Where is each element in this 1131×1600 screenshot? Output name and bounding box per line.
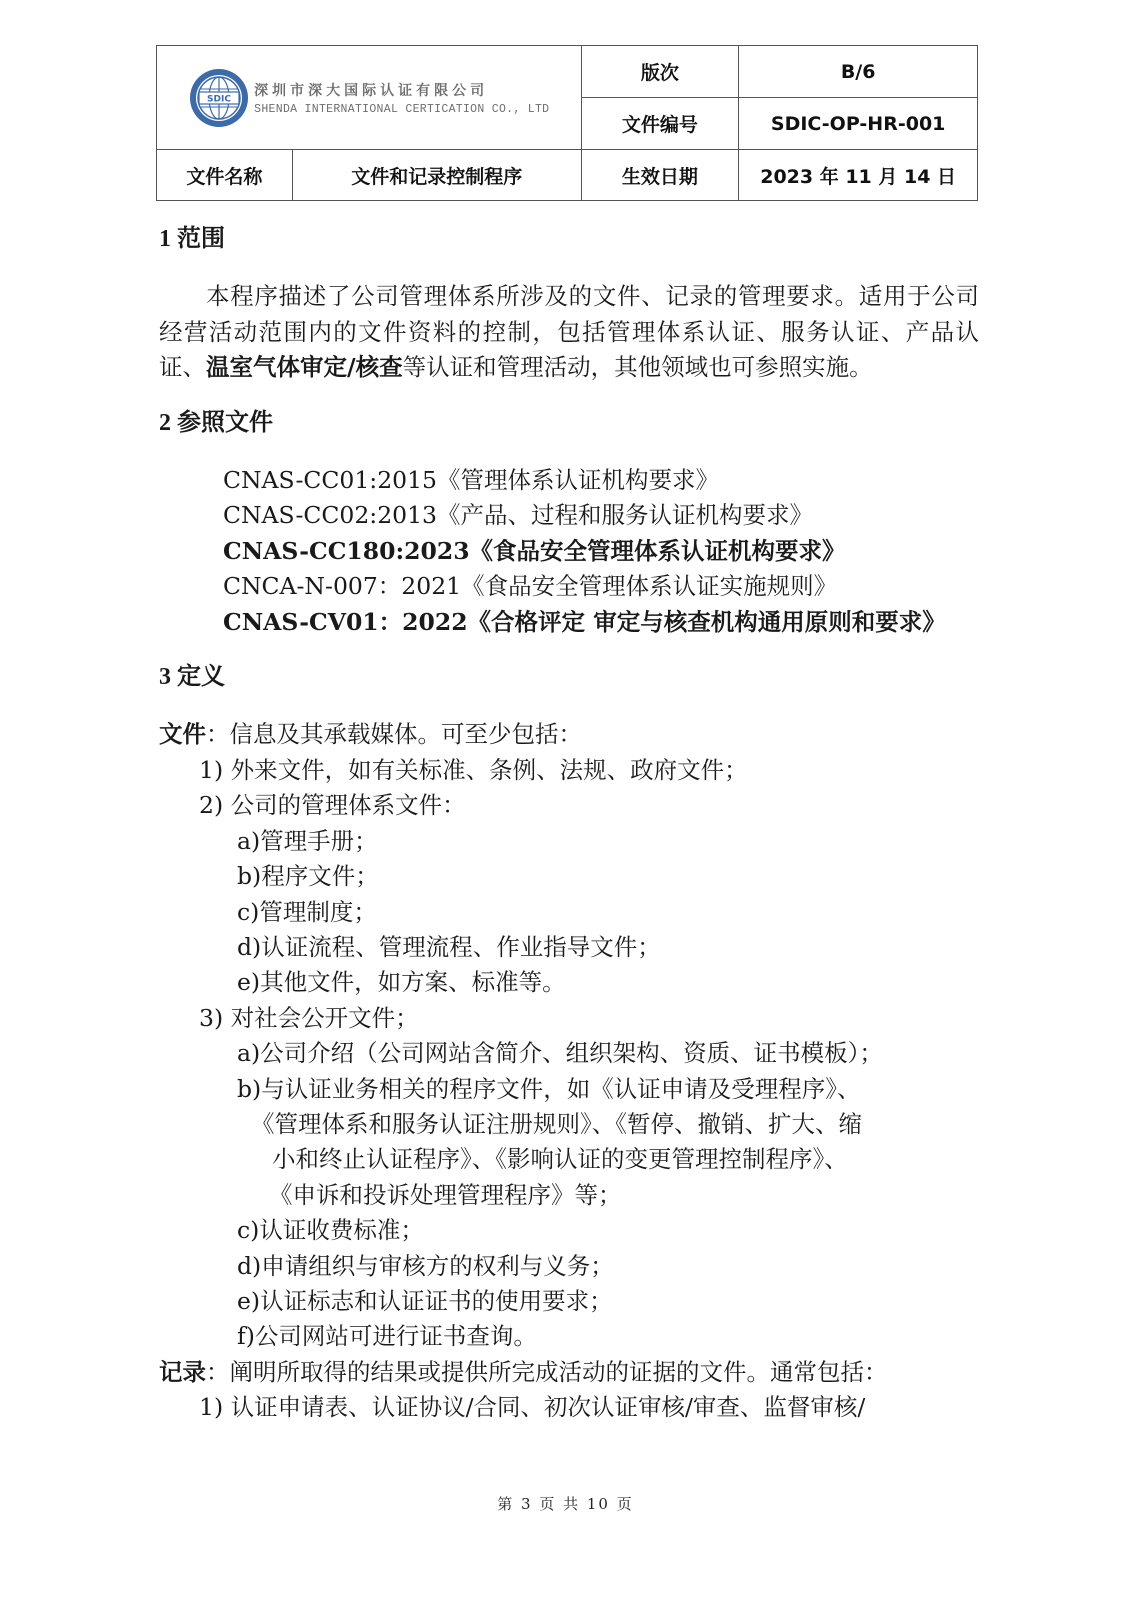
list-item-continued: 《管理体系和服务认证注册规则》、《暂停、撤销、扩大、缩 bbox=[159, 1107, 979, 1142]
term-document: 文件 bbox=[159, 720, 206, 748]
list-item-continued: 《申诉和投诉处理管理程序》等； bbox=[159, 1178, 979, 1213]
reference-list: CNAS-CC01:2015《管理体系认证机构要求》 CNAS-CC02:201… bbox=[159, 463, 979, 640]
list-item: b)与认证业务相关的程序文件，如《认证申请及受理程序》、 bbox=[159, 1072, 979, 1107]
definition-document: 文件：信息及其承载媒体。可至少包括： bbox=[159, 717, 979, 752]
list-item: 2) 公司的管理体系文件： bbox=[159, 788, 979, 823]
doc-number-value: SDIC-OP-HR-001 bbox=[739, 98, 978, 150]
page-number: 第 3 页 共 10 页 bbox=[0, 1493, 1131, 1514]
doc-number-label: 文件编号 bbox=[581, 98, 739, 150]
list-item: c)管理制度； bbox=[159, 895, 979, 930]
section-1-paragraph: 本程序描述了公司管理体系所涉及的文件、记录的管理要求。适用于公司经营活动范围内的… bbox=[159, 279, 979, 385]
company-name-cn: 深圳市深大国际认证有限公司 bbox=[254, 80, 549, 100]
effective-date-value: 2023 年 11 月 14 日 bbox=[739, 150, 978, 201]
list-item: a)管理手册； bbox=[159, 824, 979, 859]
list-item: b)程序文件； bbox=[159, 859, 979, 894]
list-item: d)申请组织与审核方的权利与义务； bbox=[159, 1249, 979, 1284]
list-item: d)认证流程、管理流程、作业指导文件； bbox=[159, 930, 979, 965]
effective-date-label: 生效日期 bbox=[581, 150, 739, 201]
document-header-table: SDIC 深圳市深大国际认证有限公司 SHENDA INTERNATIONAL … bbox=[156, 45, 978, 201]
section-2-title: 2 参照文件 bbox=[159, 406, 979, 441]
reference-item: CNAS-CC02:2013《产品、过程和服务认证机构要求》 bbox=[159, 498, 979, 533]
definition-record: 记录：阐明所取得的结果或提供所完成活动的证据的文件。通常包括： bbox=[159, 1355, 979, 1390]
list-item: c)认证收费标准； bbox=[159, 1213, 979, 1248]
term-record: 记录 bbox=[159, 1358, 206, 1386]
list-item-continued: 小和终止认证程序》、《影响认证的变更管理控制程序》、 bbox=[159, 1142, 979, 1177]
company-name-en: SHENDA INTERNATIONAL CERTICATION CO., LT… bbox=[254, 103, 549, 116]
list-item: 1) 外来文件，如有关标准、条例、法规、政府文件； bbox=[159, 753, 979, 788]
version-value: B/6 bbox=[739, 46, 978, 98]
svg-text:SDIC: SDIC bbox=[207, 94, 231, 104]
reference-item: CNCA-N-007：2021《食品安全管理体系认证实施规则》 bbox=[159, 569, 979, 604]
document-body: 1 范围 本程序描述了公司管理体系所涉及的文件、记录的管理要求。适用于公司经营活… bbox=[159, 220, 979, 1426]
section-1-title: 1 范围 bbox=[159, 222, 979, 257]
version-label: 版次 bbox=[581, 46, 739, 98]
list-item: f)公司网站可进行证书查询。 bbox=[159, 1319, 979, 1354]
reference-item: CNAS-CC01:2015《管理体系认证机构要求》 bbox=[159, 463, 979, 498]
section-3-title: 3 定义 bbox=[159, 660, 979, 695]
list-item: e)认证标志和认证证书的使用要求； bbox=[159, 1284, 979, 1319]
reference-item: CNAS-CV01：2022《合格评定 审定与核查机构通用原则和要求》 bbox=[159, 605, 979, 640]
list-item: 1) 认证申请表、认证协议/合同、初次认证审核/审查、监督审核/ bbox=[159, 1390, 979, 1425]
company-logo-cell: SDIC 深圳市深大国际认证有限公司 SHENDA INTERNATIONAL … bbox=[157, 46, 582, 150]
doc-name-value: 文件和记录控制程序 bbox=[292, 150, 581, 201]
list-item: e)其他文件，如方案、标准等。 bbox=[159, 965, 979, 1000]
list-item: a)公司介绍（公司网站含简介、组织架构、资质、证书模板）； bbox=[159, 1036, 979, 1071]
doc-name-label: 文件名称 bbox=[157, 150, 293, 201]
sdic-logo-icon: SDIC bbox=[188, 67, 250, 129]
reference-item: CNAS-CC180:2023《食品安全管理体系认证机构要求》 bbox=[159, 534, 979, 569]
list-item: 3) 对社会公开文件； bbox=[159, 1001, 979, 1036]
